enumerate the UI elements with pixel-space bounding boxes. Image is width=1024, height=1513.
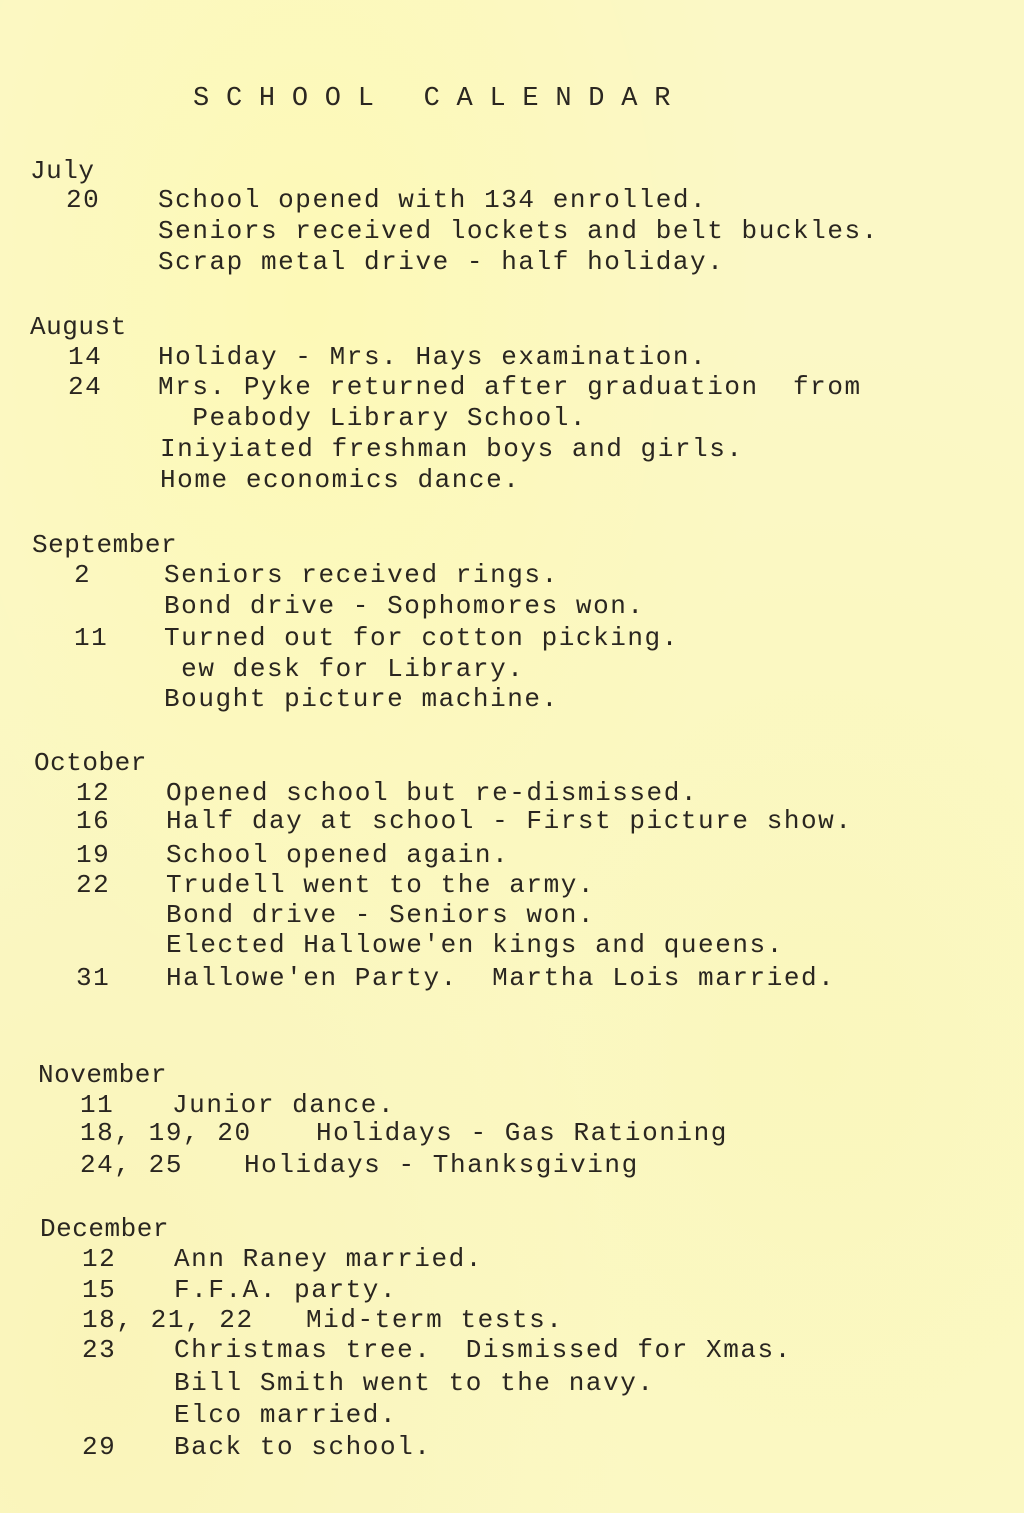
entry-day: 2 bbox=[74, 560, 164, 590]
calendar-entry: 16 Half day at school - First picture sh… bbox=[76, 806, 853, 836]
calendar-entry: 15 F.F.A. party. bbox=[82, 1275, 397, 1305]
entry-day: 18, 19, 20 bbox=[80, 1118, 316, 1148]
month-heading-december: December bbox=[40, 1214, 169, 1244]
entry-day: 12 bbox=[82, 1244, 174, 1274]
calendar-entry: 20 School opened with 134 enrolled. bbox=[66, 185, 707, 215]
calendar-entry: 12 Ann Raney married. bbox=[82, 1244, 483, 1274]
calendar-entry: Scrap metal drive - half holiday. bbox=[158, 247, 724, 277]
calendar-entry: 11 Junior dance. bbox=[80, 1090, 395, 1120]
entry-text: Bill Smith went to the navy. bbox=[174, 1368, 655, 1398]
month-heading-october: October bbox=[34, 748, 147, 778]
entry-text: Half day at school - First picture show. bbox=[166, 806, 853, 836]
month-heading-august: August bbox=[30, 312, 127, 342]
entry-text: ew desk for Library. bbox=[164, 654, 524, 684]
entry-text: Opened school but re-dismissed. bbox=[166, 778, 698, 808]
calendar-entry: Seniors received lockets and belt buckle… bbox=[158, 216, 879, 246]
entry-text: Seniors received lockets and belt buckle… bbox=[158, 216, 879, 246]
calendar-entry: Bond drive - Sophomores won. bbox=[164, 591, 645, 621]
entry-day: 24, 25 bbox=[80, 1150, 244, 1180]
entry-text: Scrap metal drive - half holiday. bbox=[158, 247, 724, 277]
calendar-entry: 24 Mrs. Pyke returned after graduation f… bbox=[68, 372, 862, 402]
entry-day: 15 bbox=[82, 1275, 174, 1305]
month-heading-september: September bbox=[32, 530, 177, 560]
calendar-entry: 2 Seniors received rings. bbox=[74, 560, 559, 590]
calendar-entry: 22 Trudell went to the army. bbox=[76, 870, 595, 900]
entry-text: Mrs. Pyke returned after graduation from bbox=[158, 372, 862, 402]
calendar-entry: Peabody Library School. bbox=[158, 403, 587, 433]
calendar-entry: 29 Back to school. bbox=[82, 1432, 431, 1462]
entry-text: F.F.A. party. bbox=[174, 1275, 397, 1305]
calendar-entry: ew desk for Library. bbox=[164, 654, 524, 684]
entry-text: Holidays - Thanksgiving bbox=[244, 1150, 639, 1180]
entry-day: 22 bbox=[76, 870, 166, 900]
calendar-entry: Bill Smith went to the navy. bbox=[174, 1368, 655, 1398]
entry-text: Mid-term tests. bbox=[306, 1305, 563, 1335]
calendar-entry: 18, 21, 22 Mid-term tests. bbox=[82, 1305, 563, 1335]
entry-day: 12 bbox=[76, 778, 166, 808]
entry-text: Junior dance. bbox=[172, 1090, 395, 1120]
page-title: SCHOOL CALENDAR bbox=[193, 84, 687, 114]
entry-text: Holidays - Gas Rationing bbox=[316, 1118, 728, 1148]
entry-text: School opened with 134 enrolled. bbox=[158, 185, 707, 215]
document-page: SCHOOL CALENDAR July 20 School opened wi… bbox=[0, 0, 1024, 1513]
entry-day: 19 bbox=[76, 840, 166, 870]
entry-day: 11 bbox=[74, 623, 164, 653]
entry-text: Elected Hallowe'en kings and queens. bbox=[166, 930, 784, 960]
calendar-entry: 24, 25 Holidays - Thanksgiving bbox=[80, 1150, 639, 1180]
entry-text: Iniyiated freshman boys and girls. bbox=[160, 434, 744, 464]
entry-day: 18, 21, 22 bbox=[82, 1305, 306, 1335]
month-heading-november: November bbox=[38, 1060, 167, 1090]
calendar-entry: Home economics dance. bbox=[160, 465, 520, 495]
calendar-entry: 19 School opened again. bbox=[76, 840, 509, 870]
entry-day: 11 bbox=[80, 1090, 172, 1120]
entry-text: Bond drive - Sophomores won. bbox=[164, 591, 645, 621]
entry-text: Ann Raney married. bbox=[174, 1244, 483, 1274]
entry-day: 23 bbox=[82, 1335, 174, 1365]
entry-day: 16 bbox=[76, 806, 166, 836]
entry-text: Home economics dance. bbox=[160, 465, 520, 495]
calendar-entry: 31 Hallowe'en Party. Martha Lois married… bbox=[76, 963, 835, 993]
entry-text: Turned out for cotton picking. bbox=[164, 623, 679, 653]
calendar-entry: Iniyiated freshman boys and girls. bbox=[160, 434, 744, 464]
calendar-entry: Bond drive - Seniors won. bbox=[166, 900, 595, 930]
entry-day: 24 bbox=[68, 372, 158, 402]
entry-day: 14 bbox=[68, 342, 158, 372]
calendar-entry: Bought picture machine. bbox=[164, 684, 559, 714]
entry-text: Peabody Library School. bbox=[158, 403, 587, 433]
calendar-entry: 18, 19, 20 Holidays - Gas Rationing bbox=[80, 1118, 728, 1148]
entry-text: Back to school. bbox=[174, 1432, 431, 1462]
calendar-entry: 12 Opened school but re-dismissed. bbox=[76, 778, 698, 808]
entry-day: 20 bbox=[66, 185, 158, 215]
month-heading-july: July bbox=[30, 156, 95, 186]
entry-text: Christmas tree. Dismissed for Xmas. bbox=[174, 1335, 792, 1365]
entry-text: School opened again. bbox=[166, 840, 509, 870]
calendar-entry: Elected Hallowe'en kings and queens. bbox=[166, 930, 784, 960]
calendar-entry: 23 Christmas tree. Dismissed for Xmas. bbox=[82, 1335, 792, 1365]
calendar-entry: 11 Turned out for cotton picking. bbox=[74, 623, 679, 653]
entry-text: Bought picture machine. bbox=[164, 684, 559, 714]
entry-text: Holiday - Mrs. Hays examination. bbox=[158, 342, 707, 372]
entry-text: Trudell went to the army. bbox=[166, 870, 595, 900]
entry-text: Bond drive - Seniors won. bbox=[166, 900, 595, 930]
calendar-entry: 14 Holiday - Mrs. Hays examination. bbox=[68, 342, 707, 372]
entry-text: Hallowe'en Party. Martha Lois married. bbox=[166, 963, 835, 993]
calendar-entry: Elco married. bbox=[174, 1400, 397, 1430]
entry-day: 31 bbox=[76, 963, 166, 993]
entry-text: Seniors received rings. bbox=[164, 560, 559, 590]
entry-text: Elco married. bbox=[174, 1400, 397, 1430]
entry-day: 29 bbox=[82, 1432, 174, 1462]
